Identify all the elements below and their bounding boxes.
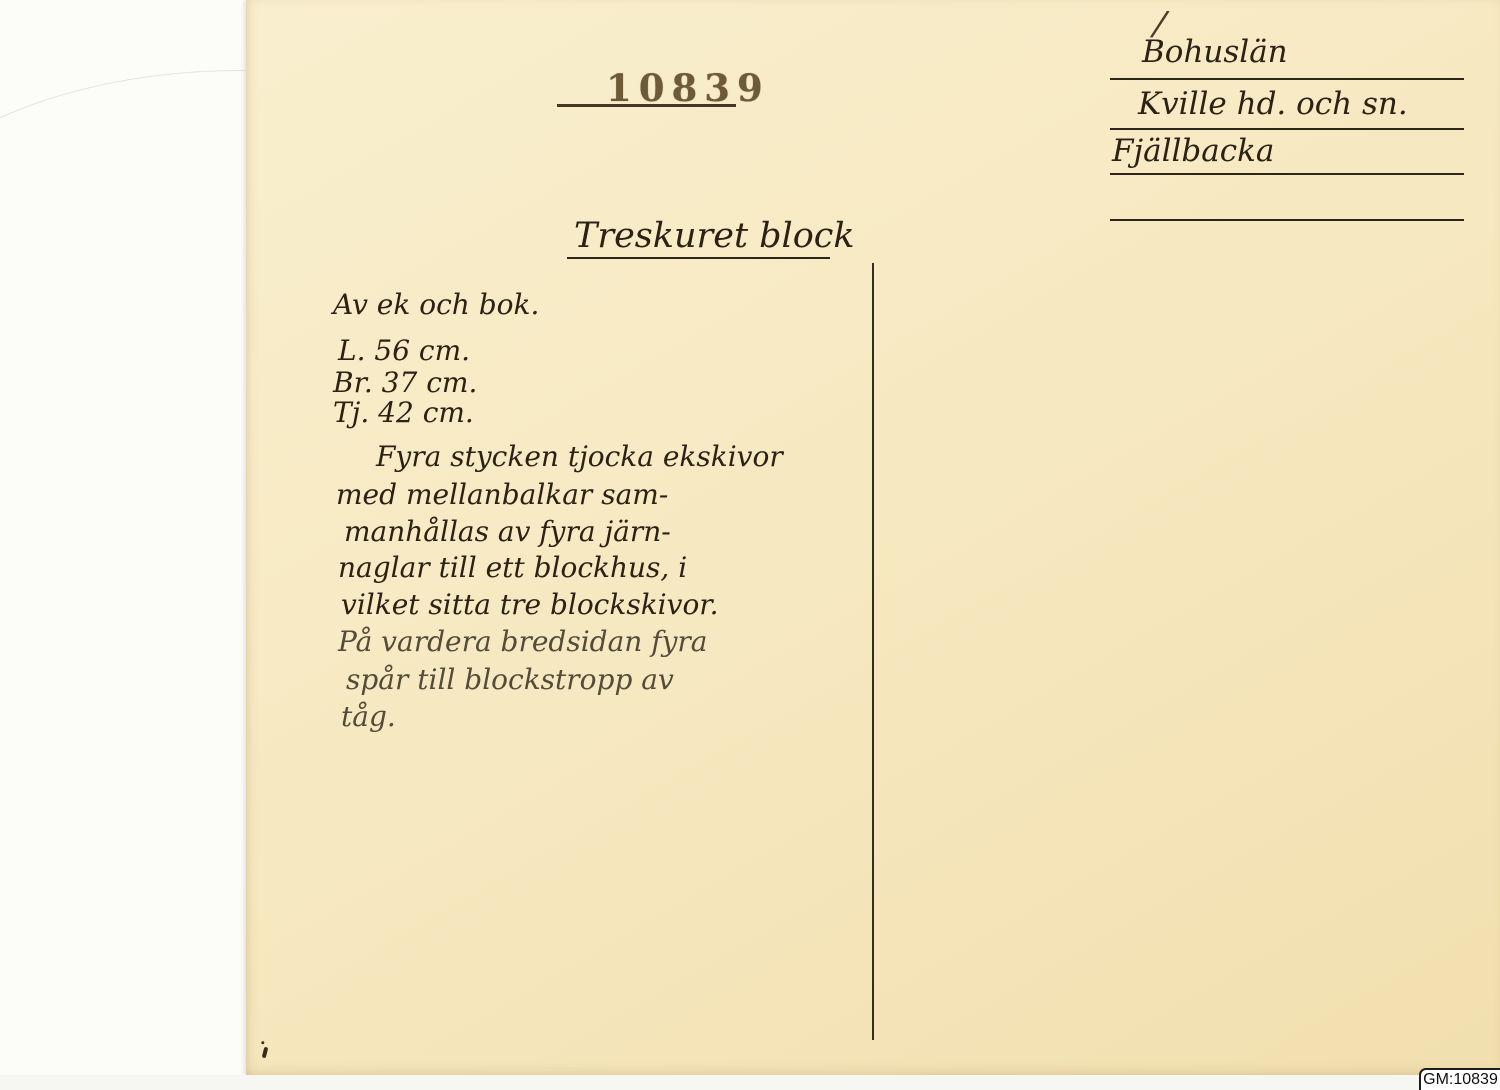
catalog-number-label: GM:10839 [1419,1068,1500,1090]
description-line: vilket sitta tre blockskivor. [341,588,719,621]
length-line: L. 56 cm. [338,334,470,367]
object-title: Treskuret block [574,216,855,256]
place-entry: Fjällbacka [1112,133,1274,169]
stamp-underline [557,104,736,107]
district-rule [1110,128,1464,130]
province-rule [1110,78,1464,80]
place-rule [1110,173,1464,175]
description-line: spår till blockstropp av [346,663,674,696]
title-underline [567,257,830,259]
description-line: På vardera bredsidan fyra [338,625,707,658]
province-entry: Bohuslän [1142,34,1288,70]
description-line: manhållas av fyra järn- [344,515,671,548]
ink-speck-mark [262,1047,269,1059]
column-divider-line [872,263,874,1040]
scanner-bottom-margin [0,1075,1500,1090]
description-line: Fyra stycken tjocka ekskivor [376,440,783,473]
catalog-number-text: GM:10839 [1423,1071,1498,1089]
thickness-line: Tj. 42 cm. [333,396,474,429]
empty-rule [1110,219,1464,221]
description-line: naglar till ett blockhus, i [338,551,687,584]
description-line: med mellanbalkar sam- [336,478,668,511]
breadth-line: Br. 37 cm. [333,366,477,399]
index-card: 10839 / Bohuslän Kville hd. och sn. Fjäl… [246,0,1500,1075]
material-line: Av ek och bok. [333,288,539,321]
district-entry: Kville hd. och sn. [1138,86,1408,122]
description-line: tåg. [341,700,396,733]
scanner-background: 10839 / Bohuslän Kville hd. och sn. Fjäl… [0,0,1500,1090]
